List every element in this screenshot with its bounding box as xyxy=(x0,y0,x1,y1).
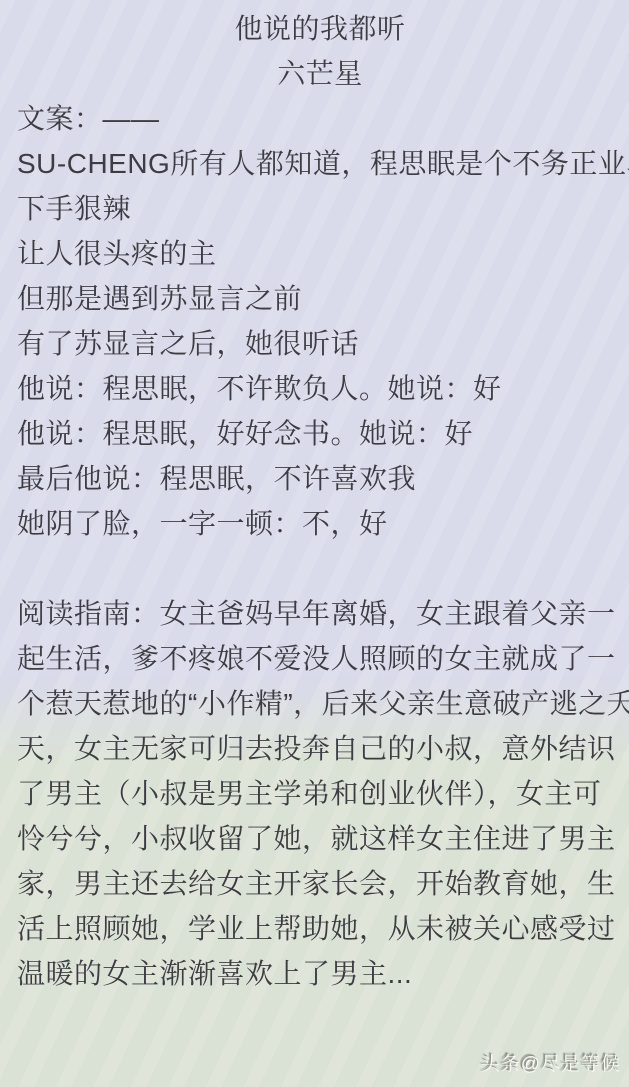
synopsis-line: SU-CHENG所有人都知道，程思眠是个不务正业、 xyxy=(17,141,623,186)
novel-title: 他说的我都听 xyxy=(17,6,623,51)
reading-guide-line: 起生活，爹不疼娘不爱没人照顾的女主就成了一 xyxy=(17,636,623,681)
synopsis-line: 他说：程思眠，好好念书。她说：好 xyxy=(17,411,623,456)
synopsis-line: 但那是遇到苏显言之前 xyxy=(17,276,623,321)
synopsis-line: 最后他说：程思眠，不许喜欢我 xyxy=(17,456,623,501)
reading-guide-line: 阅读指南：女主爸妈早年离婚，女主跟着父亲一 xyxy=(17,591,623,636)
synopsis-line: 有了苏显言之后，她很听话 xyxy=(17,321,623,366)
reading-guide-line: 了男主（小叔是男主学弟和创业伙伴），女主可 xyxy=(17,771,623,816)
synopsis-line: 文案：—— xyxy=(17,96,623,141)
reading-guide-line: 个惹天惹地的“小作精”，后来父亲生意破产逃之夭 xyxy=(17,681,623,726)
reading-guide-line: 天，女主无家可归去投奔自己的小叔，意外结识 xyxy=(17,726,623,771)
reading-guide-line: 活上照顾她，学业上帮助她，从未被关心感受过 xyxy=(17,906,623,951)
synopsis-line: 他说：程思眠，不许欺负人。她说：好 xyxy=(17,366,623,411)
novel-promo-card: 他说的我都听 六芒星 文案：—— SU-CHENG所有人都知道，程思眠是个不务正… xyxy=(0,0,629,1087)
text-content: 他说的我都听 六芒星 文案：—— SU-CHENG所有人都知道，程思眠是个不务正… xyxy=(17,6,623,996)
reading-guide-line: 怜兮兮，小叔收留了她，就这样女主住进了男主 xyxy=(17,816,623,861)
reading-guide-line: 家，男主还去给女主开家长会，开始教育她，生 xyxy=(17,861,623,906)
toutiao-watermark: 头条@尽是等候 xyxy=(481,1049,621,1076)
blank-line xyxy=(17,546,623,591)
synopsis-line: 下手狠辣 xyxy=(17,186,623,231)
synopsis-line: 让人很头疼的主 xyxy=(17,231,623,276)
synopsis-line: 她阴了脸，一字一顿：不，好 xyxy=(17,501,623,546)
novel-author: 六芒星 xyxy=(17,51,623,96)
reading-guide-line: 温暖的女主渐渐喜欢上了男主... xyxy=(17,951,623,996)
